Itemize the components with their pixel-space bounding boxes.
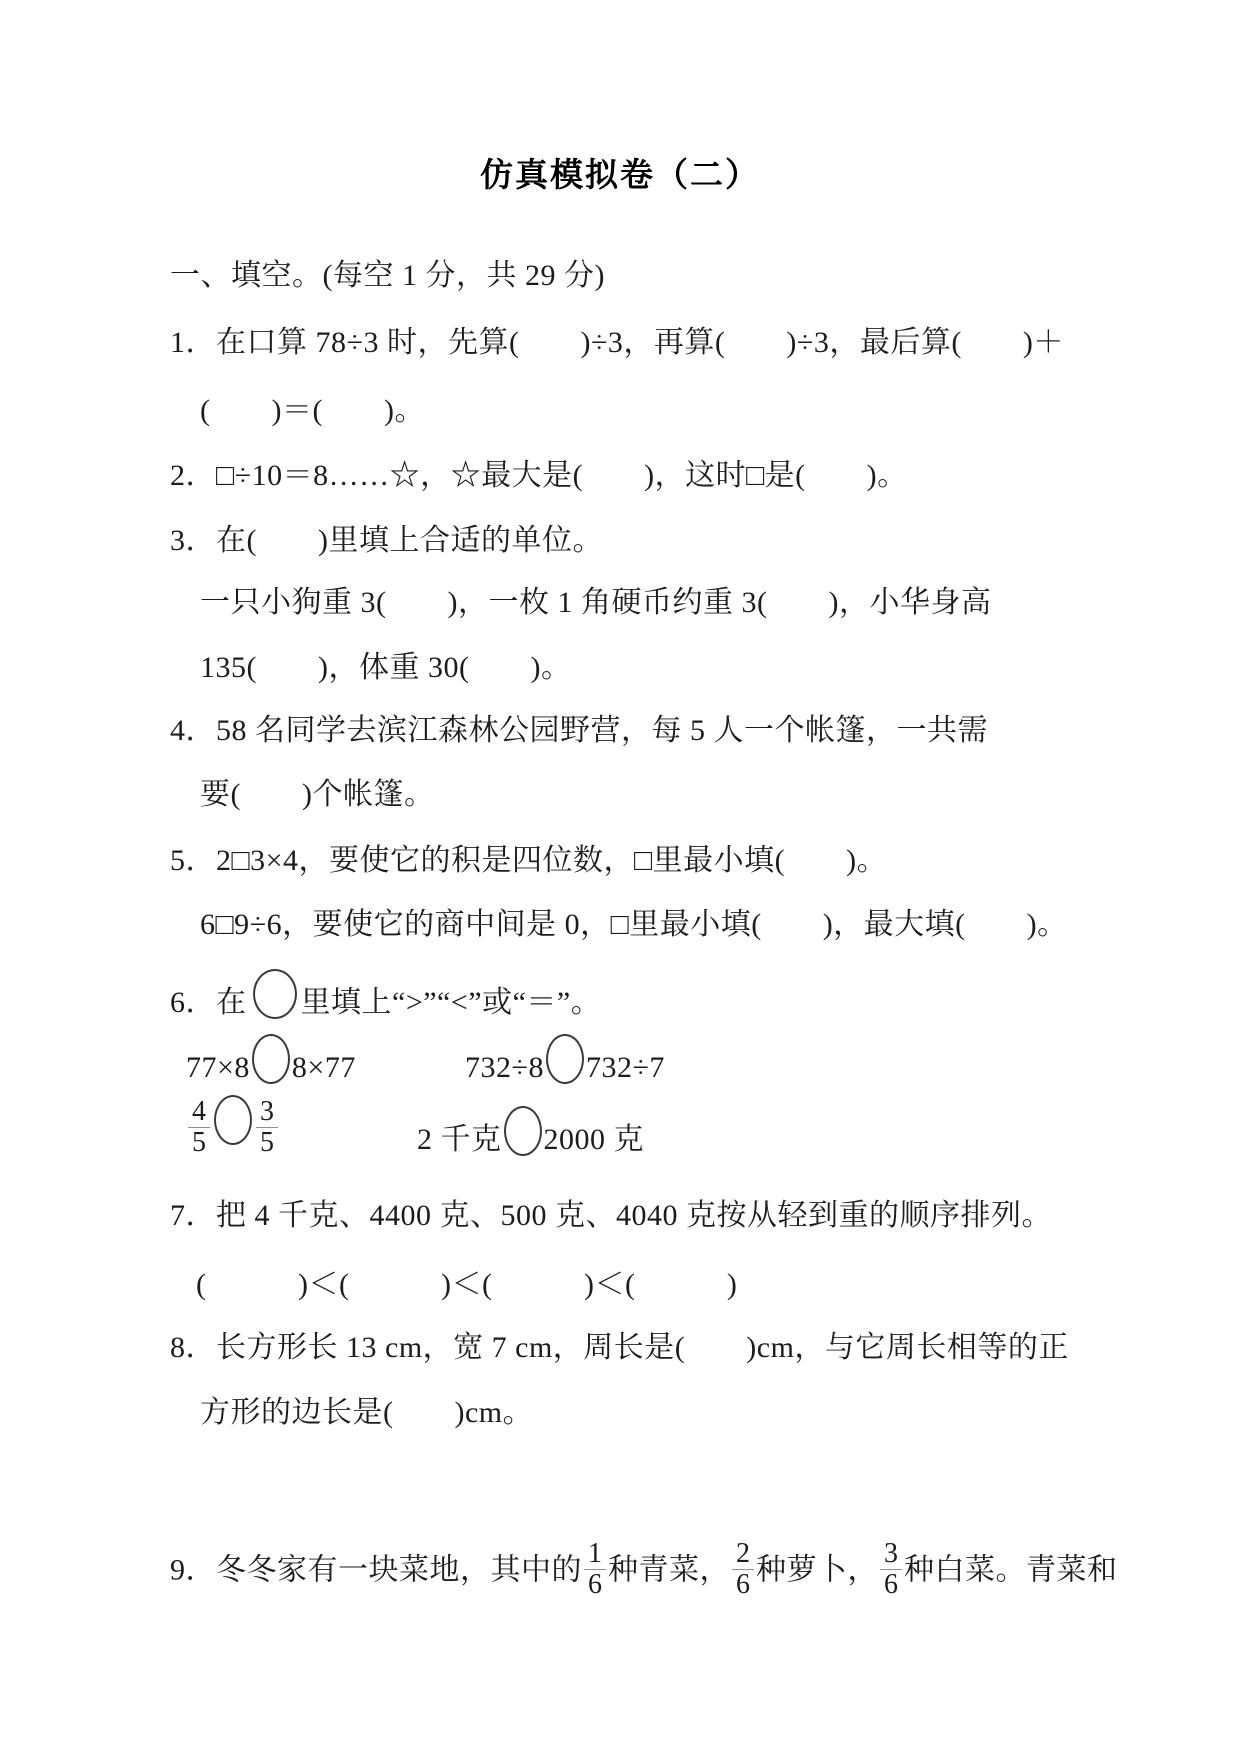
question-9-prefix: 9．冬冬家有一块菜地，其中的 (170, 1553, 582, 1586)
question-6-stem: 6．在里填上“>”“<”或“＝”。 (170, 980, 601, 1030)
fraction: 45 (188, 1097, 210, 1158)
expression-left: 732÷8 (465, 1051, 544, 1084)
fraction-numerator: 3 (880, 1539, 902, 1569)
fraction-denominator: 6 (732, 1569, 754, 1600)
page-title: 仿真模拟卷（二） (0, 153, 1240, 197)
expression-right: 2000 克 (544, 1123, 645, 1156)
section-1-header: 一、填空。(每空 1 分，共 29 分) (170, 255, 605, 297)
question-8-line-1: 8．长方形长 13 cm，宽 7 cm，周长是( )cm，与它周长相等的正 (170, 1327, 1069, 1369)
expression-left: 2 千克 (417, 1123, 502, 1156)
exam-paper-page: 仿真模拟卷（二） 一、填空。(每空 1 分，共 29 分) 1．在口算 78÷3… (0, 0, 1240, 1754)
question-3-line-1: 3．在( )里填上合适的单位。 (170, 520, 603, 562)
question-5-line-1: 5．2□3×4，要使它的积是四位数，□里最小填( )。 (170, 840, 887, 882)
question-6-row-2-left: 4535 (186, 1100, 280, 1161)
question-3-line-2: 一只小狗重 3( )，一枚 1 角硬币约重 3( )，小华身高 (200, 582, 991, 624)
fraction: 36 (880, 1539, 902, 1600)
expression-right: 8×77 (292, 1051, 356, 1084)
comparison-circle-blank (252, 1034, 290, 1084)
fraction-numerator: 2 (732, 1539, 754, 1569)
question-9-line-1: 9．冬冬家有一块菜地，其中的16种青菜，26种萝卜，36种白菜。青菜和 (170, 1542, 1118, 1603)
comparison-circle-blank (253, 969, 297, 1019)
question-9-mid-1: 种青菜， (608, 1553, 730, 1586)
question-6-row-2-right: 2 千克2000 克 (417, 1117, 644, 1167)
fraction-denominator: 5 (188, 1127, 210, 1158)
comparison-circle-blank (546, 1034, 584, 1084)
fraction-numerator: 1 (584, 1539, 606, 1569)
question-6-stem-prefix: 6．在 (170, 986, 247, 1019)
fraction: 16 (584, 1539, 606, 1600)
fraction-denominator: 6 (584, 1569, 606, 1600)
question-1-line-2: ( )＝( )。 (200, 390, 425, 432)
fraction: 35 (256, 1097, 278, 1158)
question-4-line-2: 要( )个帐篷。 (200, 774, 434, 816)
question-5-line-2: 6□9÷6，要使它的商中间是 0，□里最小填( )，最大填( )。 (200, 904, 1068, 946)
comparison-circle-blank (504, 1106, 542, 1156)
question-1-line-1: 1．在口算 78÷3 时，先算( )÷3，再算( )÷3，最后算( )＋ (170, 322, 1064, 364)
fraction-numerator: 3 (256, 1097, 278, 1127)
expression-right: 732÷7 (586, 1051, 665, 1084)
fraction-denominator: 5 (256, 1127, 278, 1158)
question-7-line-1: 7．把 4 千克、4400 克、500 克、4040 克按从轻到重的顺序排列。 (170, 1195, 1052, 1237)
question-9-mid-2: 种萝卜， (756, 1553, 878, 1586)
question-8-line-2: 方形的边长是( )cm。 (200, 1392, 533, 1434)
question-9-suffix: 种白菜。青菜和 (904, 1553, 1118, 1586)
question-4-line-1: 4．58 名同学去滨江森林公园野营，每 5 人一个帐篷，一共需 (170, 710, 988, 752)
question-6-row-1-left: 77×88×77 (186, 1045, 356, 1095)
fraction-denominator: 6 (880, 1569, 902, 1600)
question-7-line-2: ( )＜( )＜( )＜( ) (196, 1264, 737, 1306)
fraction-numerator: 4 (188, 1097, 210, 1127)
question-6-row-1-right: 732÷8732÷7 (465, 1045, 665, 1095)
question-6-stem-suffix: 里填上“>”“<”或“＝”。 (301, 986, 602, 1019)
question-3-line-3: 135( )，体重 30( )。 (200, 647, 571, 689)
comparison-circle-blank (214, 1095, 252, 1145)
question-2-line-1: 2．□÷10＝8……☆，☆最大是( )，这时□是( )。 (170, 455, 908, 497)
expression-left: 77×8 (186, 1051, 250, 1084)
fraction: 26 (732, 1539, 754, 1600)
